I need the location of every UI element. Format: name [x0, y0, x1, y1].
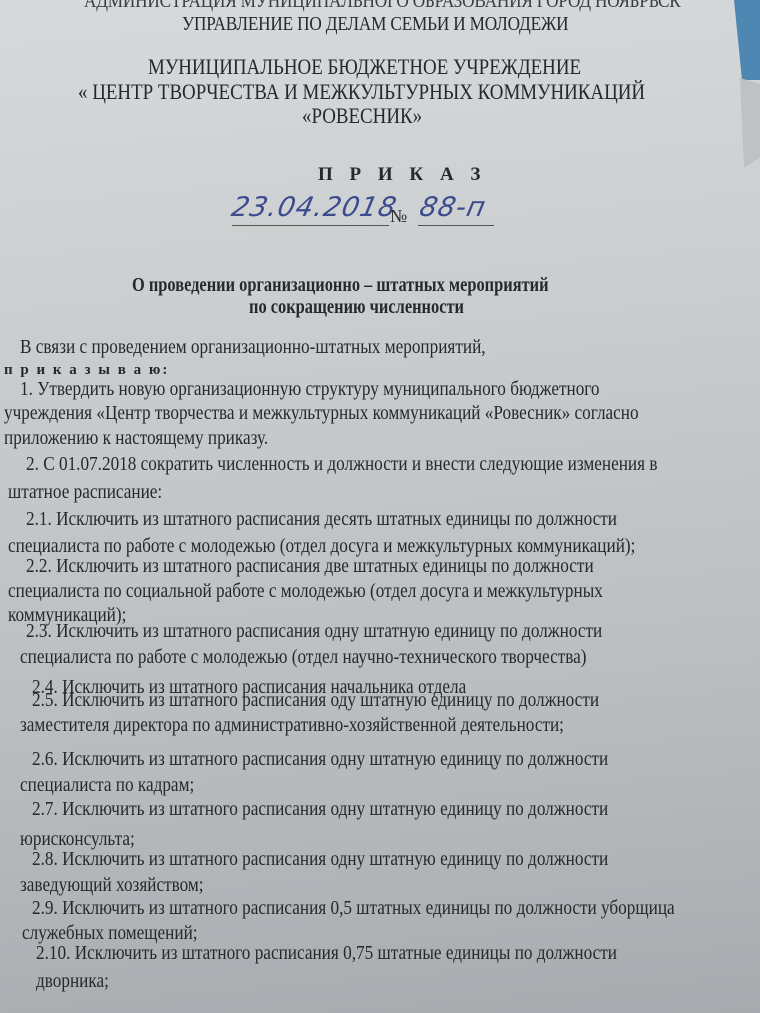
- item-2-2-line-1: 2.2. Исключить из штатного расписания дв…: [26, 555, 594, 578]
- preamble: В связи с проведением организационно-шта…: [20, 336, 486, 359]
- item-2-9-line-1: 2.9. Исключить из штатного расписания 0,…: [32, 897, 675, 920]
- item-2-6-line-2: специалиста по кадрам;: [20, 774, 194, 797]
- number-sign: №: [390, 206, 407, 227]
- order-type-heading: П Р И К А З: [318, 164, 486, 186]
- item-2-3-line-1: 2.3. Исключить из штатного расписания од…: [26, 620, 602, 643]
- item-2-10-line-2: дворника;: [36, 970, 109, 993]
- item-2-5-line-2: заместителя директора по административно…: [20, 714, 564, 737]
- item-1-line-1: 1. Утвердить новую организационную струк…: [20, 378, 600, 401]
- document-page: АДМИНИСТРАЦИЯ МУНИЦИПАЛЬНОГО ОБРАЗОВАНИЯ…: [0, 0, 760, 1013]
- order-date-number-row: 23.04.2018 № 88-п: [232, 192, 502, 232]
- header-administration: АДМИНИСТРАЦИЯ МУНИЦИПАЛЬНОГО ОБРАЗОВАНИЯ…: [84, 0, 681, 13]
- item-1-line-2: учреждения «Центр творчества и межкульту…: [4, 402, 639, 425]
- institution-line-3: «РОВЕСНИК»: [302, 103, 422, 129]
- item-2-1-line-1: 2.1. Исключить из штатного расписания де…: [26, 508, 617, 531]
- institution-line-1: МУНИЦИПАЛЬНОЕ БЮДЖЕТНОЕ УЧРЕЖДЕНИЕ: [148, 54, 581, 80]
- header-department: УПРАВЛЕНИЕ ПО ДЕЛАМ СЕМЬИ И МОЛОДЕЖИ: [182, 13, 568, 36]
- item-2-5-line-1: 2.5. Исключить из штатного расписания од…: [32, 689, 599, 712]
- order-title-line-2: по сокращению численности: [249, 296, 464, 319]
- date-underline: [232, 225, 389, 226]
- item-1-line-3: приложению к настоящему приказу.: [4, 427, 268, 450]
- item-2-line-1: 2. С 01.07.2018 сократить численность и …: [26, 453, 657, 476]
- background-sheet-edge: [740, 78, 760, 168]
- number-underline: [418, 225, 494, 226]
- order-word: п р и к а з ы в а ю:: [4, 362, 169, 379]
- background-blue-surface: [734, 0, 760, 80]
- item-2-6-line-1: 2.6. Исключить из штатного расписания од…: [32, 748, 608, 771]
- order-title-line-1: О проведении организационно – штатных ме…: [132, 274, 549, 297]
- order-date-handwritten: 23.04.2018: [229, 192, 400, 223]
- institution-line-2: « ЦЕНТР ТВОРЧЕСТВА И МЕЖКУЛЬТУРНЫХ КОММУ…: [78, 79, 645, 105]
- item-2-8-line-2: заведующий хозяйством;: [20, 874, 204, 897]
- order-number-handwritten: 88-п: [417, 192, 489, 223]
- item-2-7-line-1: 2.7. Исключить из штатного расписания од…: [32, 798, 608, 821]
- item-2-10-line-1: 2.10. Исключить из штатного расписания 0…: [36, 942, 617, 965]
- item-2-line-2: штатное расписание:: [8, 481, 162, 504]
- item-2-3-line-2: специалиста по работе с молодежью (отдел…: [20, 646, 587, 669]
- item-2-8-line-1: 2.8. Исключить из штатного расписания од…: [32, 848, 608, 871]
- item-2-2-line-2: специалиста по социальной работе с молод…: [8, 580, 603, 603]
